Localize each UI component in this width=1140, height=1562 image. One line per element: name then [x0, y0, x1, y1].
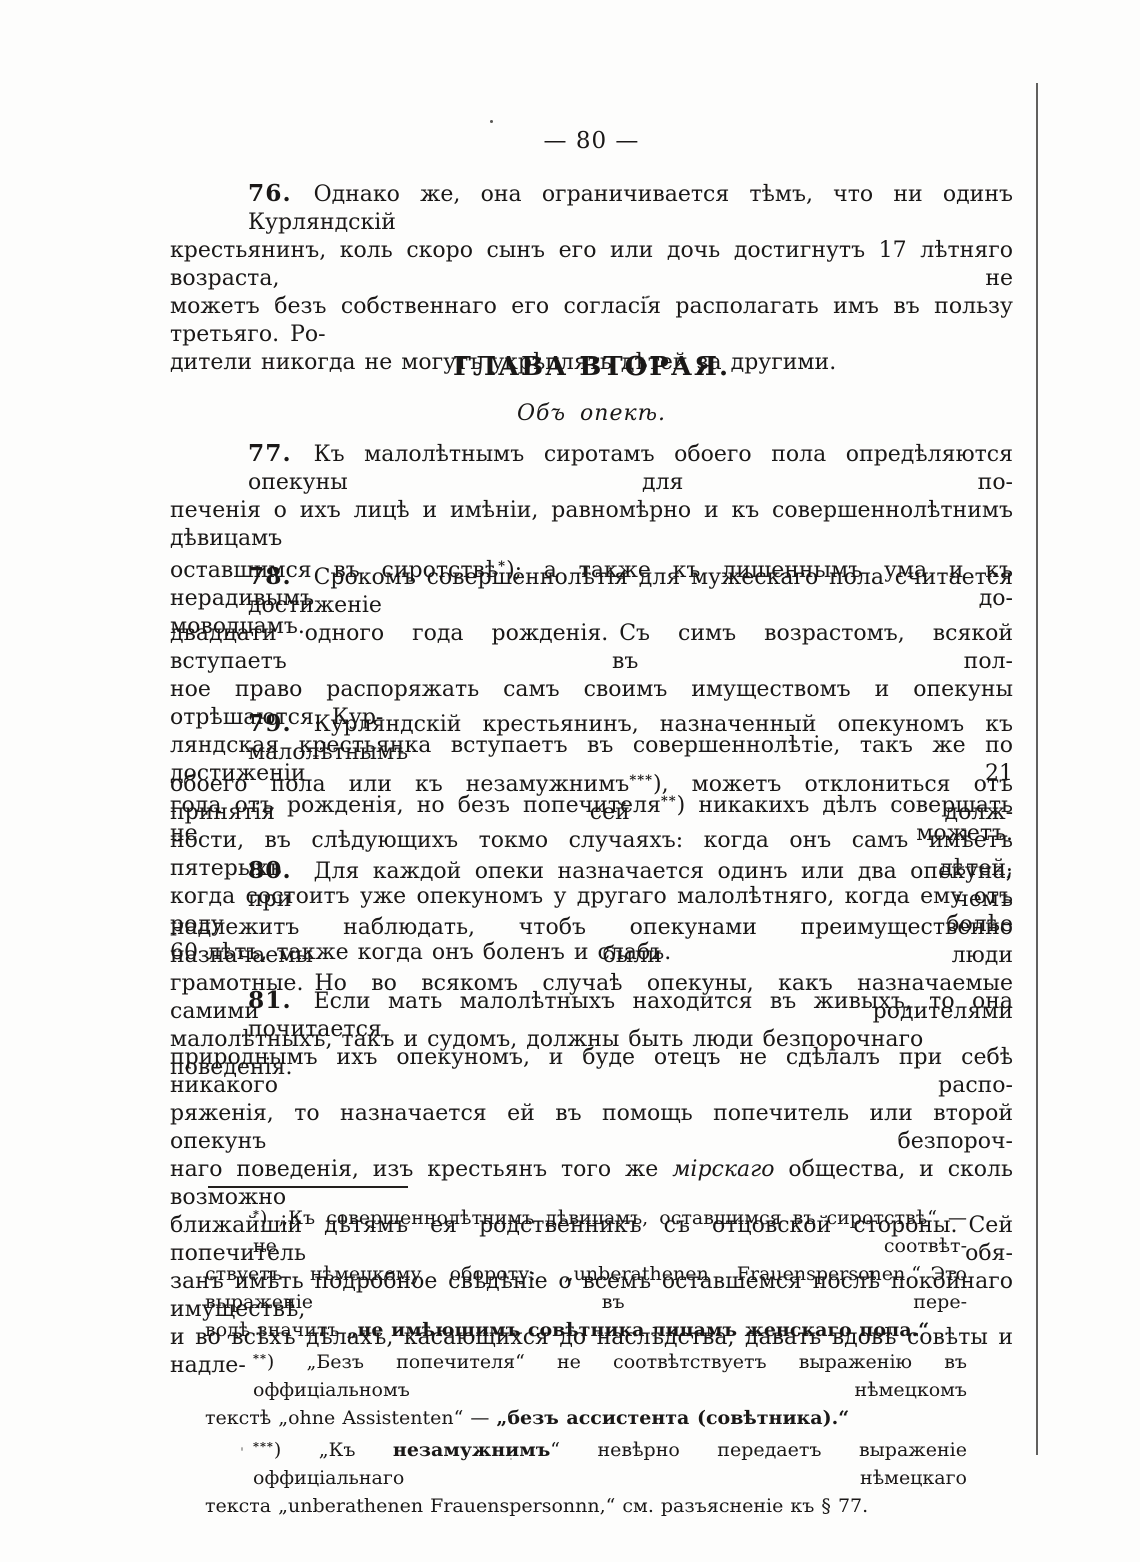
footnote-marker: *** [253, 1439, 274, 1453]
paragraph-number: 76. [248, 180, 292, 207]
text-segment: „не имѣющимъ совѣтника лицамъ женскаго п… [347, 1319, 930, 1341]
text-line: обоего пола или къ незамужнимъ***), може… [170, 767, 1013, 827]
text-segment: Если мать малолѣтныхъ находится въ живых… [248, 989, 1013, 1042]
text-segment: наго поведенія, изъ крестьянъ того же [170, 1157, 672, 1182]
text-line: **) „Безъ попечителя“ не соотвѣтствуетъ … [205, 1344, 967, 1404]
paragraph-number: 77. [248, 440, 292, 467]
text-segment: обоего пола или къ незамужнимъ [170, 772, 629, 797]
text-segment: ) „Къ совершеннолѣтнимъ дѣвицамъ, оставш… [253, 1207, 967, 1257]
footnote-1: *) „Къ совершеннолѣтнимъ дѣвицамъ, остав… [205, 1200, 967, 1344]
paragraph-number: 78. [248, 563, 292, 590]
paragraph-76: 76. Однако же, она ограничивается тѣмъ, … [170, 180, 1013, 377]
footnote-3: ***) „Къ незамужнимъ“ невѣрно передаетъ … [205, 1432, 967, 1520]
scan-speck [241, 1447, 243, 1451]
text-segment: печенія о ихъ лицѣ и имѣніи, равномѣрно … [170, 498, 1013, 551]
text-segment: ствуетъ нѣмецкому обороту: „unberathenen… [205, 1263, 967, 1313]
chapter-subtitle: Объ опекѣ. [170, 401, 1013, 426]
text-segment: Срокомъ совершеннолѣтія для мужескаго по… [248, 565, 1013, 618]
text-segment: ) „Къ [274, 1439, 393, 1461]
text-segment: ряженія, то назначается ей въ помощь поп… [170, 1101, 1013, 1154]
text-segment: мірскаго [672, 1157, 774, 1182]
text-line: 78. Срокомъ совершеннолѣтія для мужескаг… [170, 563, 1013, 620]
text-line: 81. Если мать малолѣтныхъ находится въ ж… [170, 987, 1013, 1044]
paragraph-number: 81. [248, 987, 292, 1014]
text-line: 77. Къ малолѣтнымъ сиротамъ обоего пола … [170, 440, 1013, 497]
footnote-2: **) „Безъ попечителя“ не соотвѣтствуетъ … [205, 1344, 967, 1432]
text-line: печенія о ихъ лицѣ и имѣніи, равномѣрно … [170, 497, 1013, 553]
text-segment: природнымъ ихъ опекуномъ, и буде отецъ н… [170, 1045, 1013, 1098]
text-line: ряженія, то назначается ей въ помощь поп… [170, 1100, 1013, 1156]
text-line: 76. Однако же, она ограничивается тѣмъ, … [170, 180, 1013, 237]
paragraph-number: 80. [248, 857, 292, 884]
text-line: текстѣ „ohne Assistenten“ — „безъ ассист… [205, 1404, 967, 1432]
text-segment: незамужнимъ [393, 1439, 550, 1461]
scanned-book-page: — 80 — 76. Однако же, она ограничивается… [0, 0, 1140, 1562]
text-segment: текста „unberathenen Frauenspersonnn,“ с… [205, 1495, 868, 1517]
text-line: 80. Для каждой опеки назначается одинъ и… [170, 857, 1013, 914]
page-number: — 80 — [170, 128, 1013, 154]
text-line: надлежитъ наблюдать, чтобъ опекунами пре… [170, 914, 1013, 970]
footnote-separator-rule [208, 1186, 408, 1188]
paragraph-number: 79. [248, 710, 292, 737]
text-line: двадцати одного года рожденія. Съ симъ в… [170, 620, 1013, 676]
footnotes-block: *) „Къ совершеннолѣтнимъ дѣвицамъ, остав… [205, 1200, 967, 1520]
footnote-marker: ** [253, 1351, 267, 1365]
scan-speck [490, 120, 493, 123]
text-line: крестьянинъ, коль скоро сынъ его или доч… [170, 237, 1013, 293]
text-line: 79. Курляндскій крестьянинъ, назначенный… [170, 710, 1013, 767]
text-segment: ) „Безъ попечителя“ не соотвѣтствуетъ вы… [253, 1351, 967, 1401]
text-segment: Для каждой опеки назначается одинъ или д… [248, 859, 1013, 912]
text-segment: можетъ безъ собственнаго его согласія ра… [170, 294, 1013, 347]
text-segment: двадцати одного года рожденія. Съ симъ в… [170, 621, 1013, 674]
scan-edge-artifact-line [1036, 83, 1038, 1455]
text-line: *) „Къ совершеннолѣтнимъ дѣвицамъ, остав… [205, 1200, 967, 1260]
text-segment: Однако же, она ограничивается тѣмъ, что … [248, 182, 1013, 235]
text-segment: Курляндскій крестьянинъ, назначенный опе… [248, 712, 1013, 765]
footnote-marker: *** [629, 773, 653, 788]
text-line: ствуетъ нѣмецкому обороту: „unberathenen… [205, 1260, 967, 1316]
text-segment: надлежитъ наблюдать, чтобъ опекунами пре… [170, 915, 1013, 968]
text-segment: крестьянинъ, коль скоро сынъ его или доч… [170, 238, 1013, 291]
text-line: водѣ значитъ „не имѣющимъ совѣтника лица… [205, 1316, 967, 1344]
text-line: ***) „Къ незамужнимъ“ невѣрно передаетъ … [205, 1432, 967, 1492]
text-segment: водѣ значитъ [205, 1319, 347, 1341]
text-line: природнымъ ихъ опекуномъ, и буде отецъ н… [170, 1044, 1013, 1100]
text-segment: „безъ ассистента (совѣтника).“ [496, 1407, 849, 1429]
text-segment: текстѣ „ohne Assistenten“ — [205, 1407, 496, 1429]
chapter-title: ГЛАВА ВТОРАЯ. [170, 352, 1013, 382]
text-line: текста „unberathenen Frauenspersonnn,“ с… [205, 1492, 967, 1520]
text-segment: Къ малолѣтнымъ сиротамъ обоего пола опре… [248, 442, 1013, 495]
scan-speck [510, 1458, 512, 1460]
footnote-marker: * [253, 1207, 260, 1221]
text-line: можетъ безъ собственнаго его согласія ра… [170, 293, 1013, 349]
